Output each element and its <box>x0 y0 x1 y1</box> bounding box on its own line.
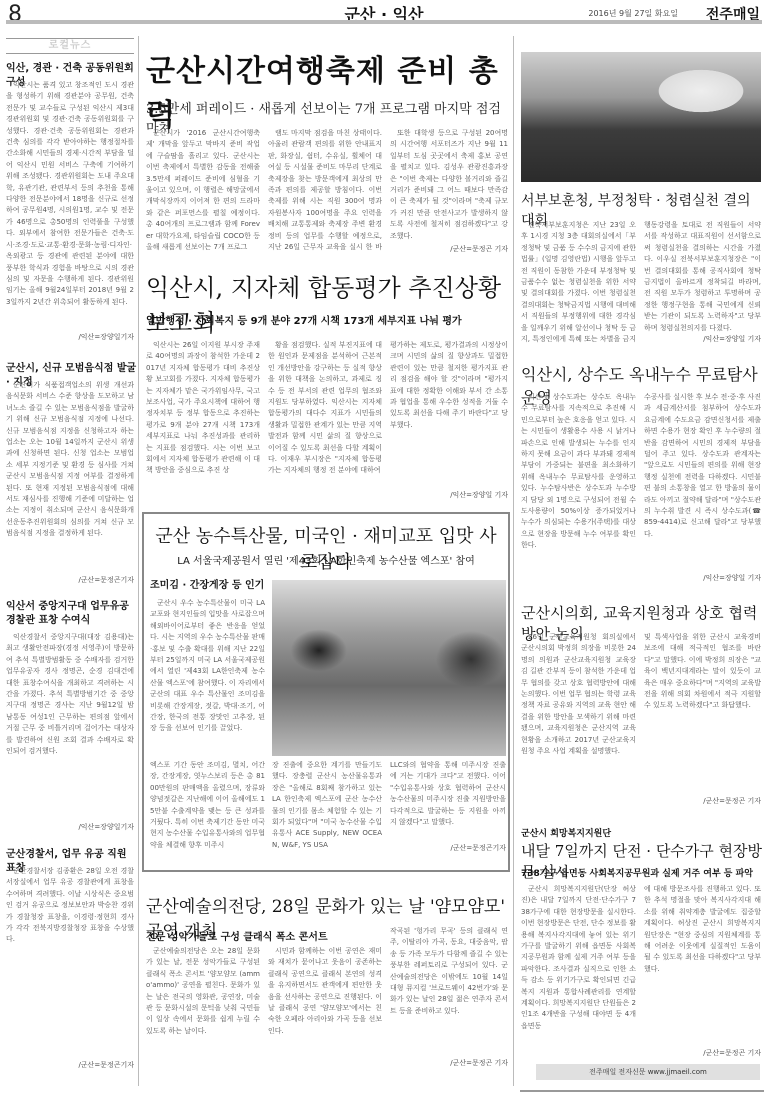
column-divider <box>138 36 139 1086</box>
article-body: 또한 대학생 등으로 구성된 20여명의 시간여행 서포터즈가 지난 9월 11… <box>390 128 508 242</box>
article-body: 에 대해 방문조사를 진행하고 있다. 또한 추석 명절을 맞아 복지사각지대 … <box>644 884 761 1044</box>
article-headline: 익산시, 지자체 합동평가 추진상황 보고회 <box>146 268 508 338</box>
article-body: 평가하는 제도로, 평가결과의 시정상이 크며 시민의 삶의 질 향상과도 밀접… <box>390 340 508 488</box>
article-body: 작곡된 '헝가리 무곡' 등의 클래식 연주, 이탈리아 가곡, 동요, 대중음… <box>390 926 508 1054</box>
byline: /군산=문정곤 기자 <box>644 796 761 806</box>
expo-photo <box>272 580 506 756</box>
article-body: 익산시 상수도과는 상수도 옥내누수 무료탐사를 지속적으로 추진해 시민으로부… <box>521 392 636 582</box>
byline: /군산=문정곤 기자 <box>390 244 508 254</box>
article-body: 행동강령을 토대로 전 직원들이 서약서를 작성하고 대표직원이 선서함으로써 … <box>644 220 761 332</box>
byline: /익산=장양일기자 <box>6 822 134 832</box>
article-subhead: 738가구 읍면동 사회복지공무원과 실제 거주 여부 등 파악 <box>521 866 761 879</box>
article-body: 익산경찰서 중앙지구대(대장 김용대)는 최고 생활안전파장(경정 서영주)이 … <box>6 632 134 820</box>
byline: /익산=장양일 기자 <box>390 490 508 500</box>
article-body: 익산시는 26일 이지원 부시장 주재로 40여명의 과장이 참석한 가운데 2… <box>146 340 260 500</box>
byline: /군산=문정곤기자 <box>390 843 506 853</box>
article-body: 군산예술의전당은 오는 28일 문화가 있는 날, 전문 성악가들로 구성된 클… <box>146 946 260 1054</box>
footer-rule <box>520 1090 764 1092</box>
byline: /군산=문정곤 기자 <box>390 1058 508 1068</box>
local-news-kicker: 로컬뉴스 <box>6 38 134 54</box>
article-body: 시민과 함께하는 이번 공연은 재미와 재치가 묻어나고 웃음이 공존하는 클래… <box>268 946 382 1054</box>
header-rule <box>6 20 762 24</box>
e-paper-footer: 전주매일 전자신문 www.jjmaeil.com <box>536 1064 760 1080</box>
column-divider <box>513 36 514 1086</box>
issue-date: 2016년 9월 27일 화요일 <box>588 8 678 19</box>
byline: /익산=장양일 기자 <box>644 334 761 344</box>
article-subhead: 전문 성악가들로 구성 클래식 폭소 콘서트 <box>146 928 386 943</box>
article-kicker: 군산시 희망복지지원단 <box>521 826 761 839</box>
article-body: 군산시 우수 농수특산물이 미국 LA 교포와 현지인들의 입맛을 사로잡으며 … <box>150 598 265 758</box>
article-subhead: 일반행정 · 사회복지 등 9개 분야 27개 시책 173개 세부지표 나눠 … <box>146 312 508 327</box>
article-body: 군산경찰서장 김종환은 28일 오전 경찰서장실에서 업무 유공 경찰관에게 표… <box>6 866 134 1054</box>
article-body: 및 특색사업을 위한 군산시 교육경비 보조에 대해 적극적인 협조를 바란다"… <box>644 632 761 792</box>
byline: /익산=장양일 기자 <box>644 573 761 583</box>
article-body: 군산시가 식품접객업소의 위생 개선과 음식문화 서비스 수준 향상을 도모하고… <box>6 380 134 570</box>
ceremony-photo <box>521 52 761 182</box>
byline: /익산=장양일기자 <box>6 332 134 342</box>
article-body: 램도 마지막 점검을 마친 상태이다. 아울러 관람객 편의를 위한 안내표지판… <box>268 128 382 254</box>
byline: /군산=문정곤기자 <box>6 1060 134 1070</box>
sidebar-headline: 익산서 중앙지구대 업무유공 경찰관 표창 수여식 <box>6 600 134 628</box>
article-body: 엑스포 기간 동안 조미김, 멸치, 어간장, 간장게장, 엿누스보리 등은 총… <box>150 760 265 852</box>
article-subhead: LA 서울국제공원서 열린 '제43회 LA한인축제 농수산물 엑스포' 참여 <box>150 552 502 567</box>
article-body: LLC와의 협약을 통해 미주시장 진출에 거는 기대가 크다"고 전했다. 이… <box>390 760 506 840</box>
article-body: 익산시는 품격 있고 창조적인 도시 경관을 형성하기 위해 경관분야 공무원,… <box>6 80 134 330</box>
article-side-heading: 조미김 · 간장게장 등 인기 <box>150 576 265 591</box>
article-body: 군산시가 '2016 군산시간여행축제' 개막을 앞두고 막바지 준비 작업에 … <box>146 128 260 254</box>
byline: /군산=문정곤 기자 <box>644 1048 761 1058</box>
article-body: 황을 점검했다. 실적 부진지표에 대한 원인과 문제점을 분석하여 근본적인 … <box>268 340 382 500</box>
article-body: 장 진출에 중요한 계기를 만들기도 했다. 장충렬 군산시 농산물유통과장은 … <box>272 760 382 852</box>
byline: /군산=문정곤기자 <box>6 575 134 585</box>
article-body: 수공사를 실시한 후 보수 전·중·후 사진과 세금계산서를 첨부하여 상수도과… <box>644 392 761 570</box>
article-body: 군산시 희망복지지원단(단장 허상진)은 내달 7일까지 단전·단수가구 738… <box>521 884 636 1056</box>
article-body: 26일 군산교육지원청 회의실에서 군산시의회 박정희 의장을 비롯한 24명의… <box>521 632 636 812</box>
article-body: 전북서부보훈지청은 지난 23일 오후 1시경 지청 3층 대회의실에서「부정청… <box>521 220 636 344</box>
